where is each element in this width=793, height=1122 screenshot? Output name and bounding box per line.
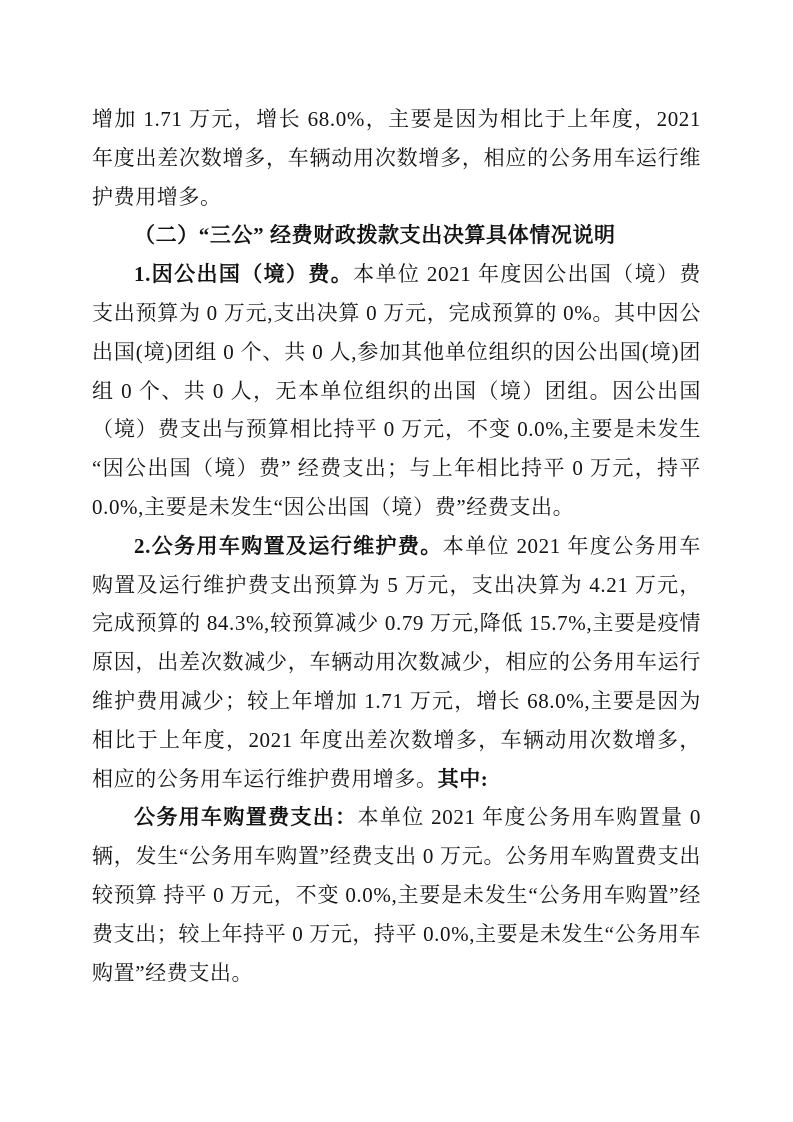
document-page: 增加 1.71 万元，增长 68.0%，主要是因为相比于上年度，2021 年度出… [0,0,793,1122]
text-run: 其中: [438,767,489,791]
heading-section-2: （二）“三公” 经费财政拨款支出决算具体情况说明 [92,216,701,255]
text-run: 增加 1.71 万元，增长 68.0%，主要是因为相比于上年度，2021 年度出… [92,107,701,209]
text-run: 2.公务用车购置及运行维护费。 [134,534,443,558]
text-run: 公务用车购置费支出： [134,805,358,829]
document-content: 增加 1.71 万元，增长 68.0%，主要是因为相比于上年度，2021 年度出… [0,0,793,992]
text-run: 本单位 2021 年度因公出国（境）费支出预算为 0 万元,支出决算 0 万元，… [92,262,701,519]
text-run: （二）“三公” 经费财政拨款支出决算具体情况说明 [134,223,616,247]
para-overseas-travel-expense: 1.因公出国（境）费。本单位 2021 年度因公出国（境）费支出预算为 0 万元… [92,255,701,527]
text-run: 本单位 2021 年度公务用车购置量 0 辆，发生“公务用车购置”经费支出 0 … [92,805,701,984]
para-carryover-vehicle-increase: 增加 1.71 万元，增长 68.0%，主要是因为相比于上年度，2021 年度出… [92,100,701,216]
para-vehicle-purchase-expense: 公务用车购置费支出：本单位 2021 年度公务用车购置量 0 辆，发生“公务用车… [92,798,701,992]
para-vehicle-purchase-and-maintenance: 2.公务用车购置及运行维护费。本单位 2021 年度公务用车购置及运行维护费支出… [92,527,701,799]
text-run: 本单位 2021 年度公务用车购置及运行维护费支出预算为 5 万元，支出决算为 … [92,534,701,791]
text-run: 1.因公出国（境）费。 [134,262,353,286]
